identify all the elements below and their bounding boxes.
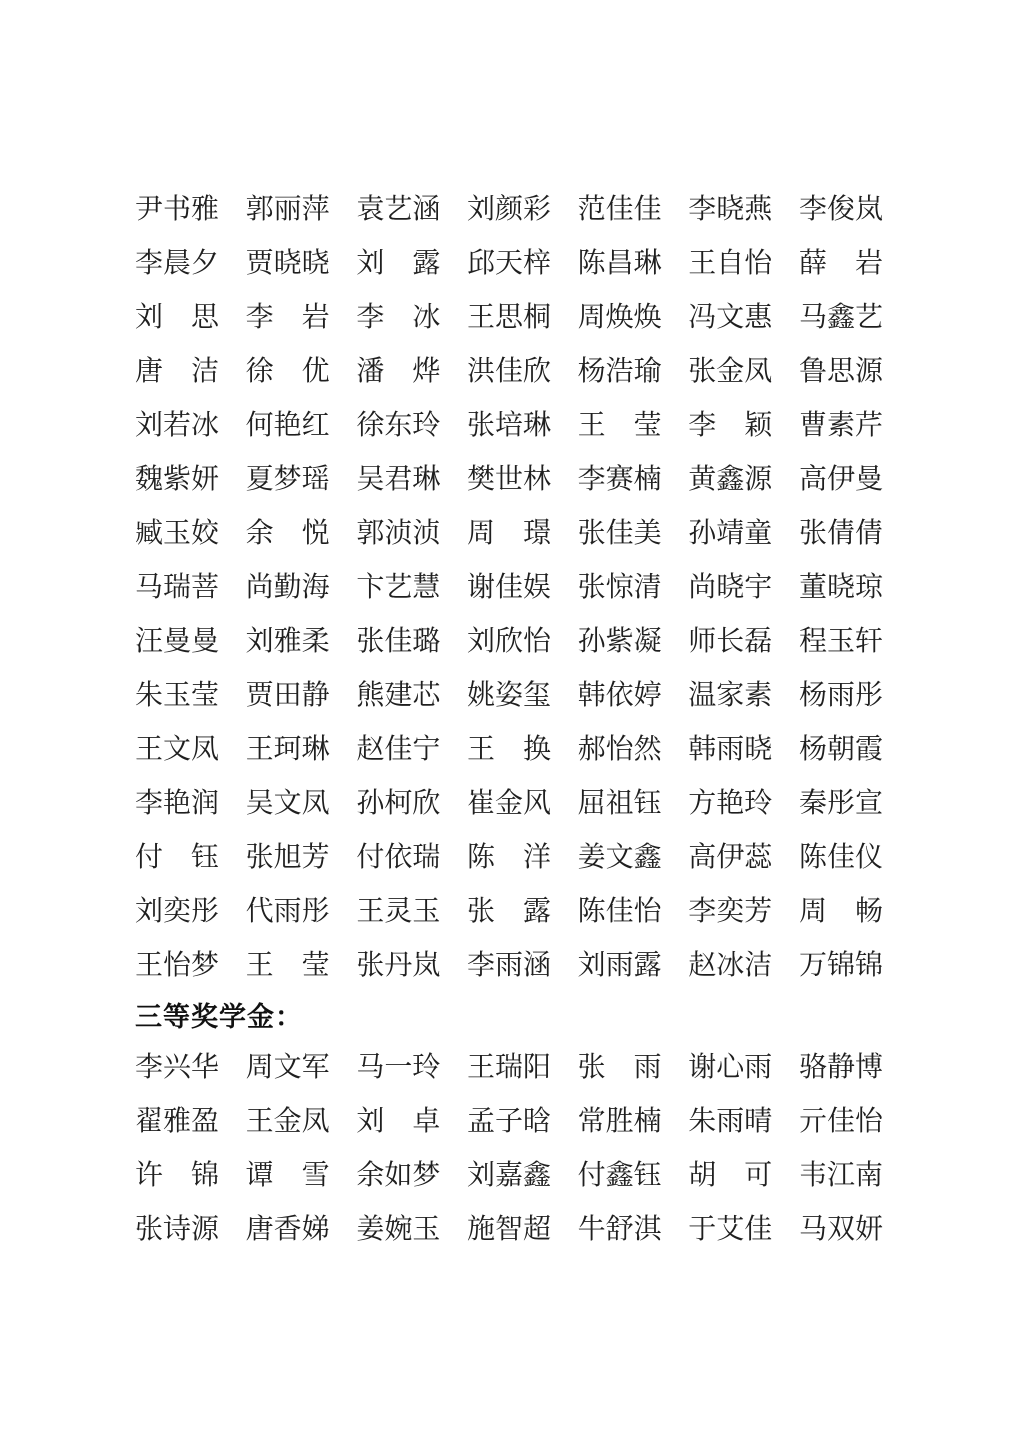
student-name: 郭丽萍 — [246, 183, 330, 237]
student-name: 秦彤宣 — [799, 777, 883, 831]
student-name: 杨朝霞 — [799, 723, 883, 777]
student-name: 尚勤海 — [246, 561, 330, 615]
student-name: 黄鑫源 — [688, 453, 772, 507]
student-name: 袁艺涵 — [356, 183, 440, 237]
student-name: 姜文鑫 — [578, 831, 662, 885]
student-name: 李晨夕 — [135, 237, 219, 291]
student-name: 张佳美 — [578, 507, 662, 561]
student-name: 王珂琳 — [246, 723, 330, 777]
student-name: 陈昌琳 — [578, 237, 662, 291]
student-name: 周焕焕 — [578, 291, 662, 345]
student-name: 张诗源 — [135, 1203, 219, 1257]
student-name: 王文凤 — [135, 723, 219, 777]
student-name: 李 颖 — [688, 399, 772, 453]
student-name: 张倩倩 — [799, 507, 883, 561]
student-name: 常胜楠 — [578, 1095, 662, 1149]
student-name: 李 冰 — [356, 291, 440, 345]
student-name: 王 莹 — [578, 399, 662, 453]
student-name: 李赛楠 — [578, 453, 662, 507]
name-row: 李兴华周文军马一玲王瑞阳张 雨谢心雨骆静博 — [135, 1041, 883, 1095]
student-name: 余 悦 — [246, 507, 330, 561]
scholarship-name-list-top: 尹书雅郭丽萍袁艺涵刘颜彩范佳佳李晓燕李俊岚李晨夕贾晓晓刘 露邱天梓陈昌琳王自怡薛… — [135, 183, 883, 993]
name-row: 付 钰张旭芳付依瑞陈 洋姜文鑫高伊蕊陈佳仪 — [135, 831, 883, 885]
name-row: 翟雅盈王金凤刘 卓孟子晗常胜楠朱雨晴亓佳怡 — [135, 1095, 883, 1149]
student-name: 马双妍 — [799, 1203, 883, 1257]
student-name: 张 露 — [467, 885, 551, 939]
student-name: 孟子晗 — [467, 1095, 551, 1149]
student-name: 李雨涵 — [467, 939, 551, 993]
student-name: 徐 优 — [246, 345, 330, 399]
student-name: 刘雅柔 — [246, 615, 330, 669]
student-name: 张 雨 — [578, 1041, 662, 1095]
student-name: 谭 雪 — [246, 1149, 330, 1203]
student-name: 尚晓宇 — [688, 561, 772, 615]
student-name: 于艾佳 — [688, 1203, 772, 1257]
section-heading-third-class-scholarship: 三等奖学金： — [135, 993, 883, 1041]
student-name: 董晓琼 — [799, 561, 883, 615]
student-name: 姚姿玺 — [467, 669, 551, 723]
student-name: 邱天梓 — [467, 237, 551, 291]
student-name: 高伊蕊 — [688, 831, 772, 885]
student-name: 余如梦 — [356, 1149, 440, 1203]
name-row: 唐 洁徐 优潘 烨洪佳欣杨浩瑜张金凤鲁思源 — [135, 345, 883, 399]
student-name: 卞艺慧 — [356, 561, 440, 615]
name-row: 刘 思李 岩李 冰王思桐周焕焕冯文惠马鑫艺 — [135, 291, 883, 345]
student-name: 李兴华 — [135, 1041, 219, 1095]
name-row: 汪曼曼刘雅柔张佳璐刘欣怡孙紫凝师长磊程玉轩 — [135, 615, 883, 669]
student-name: 郝怡然 — [578, 723, 662, 777]
student-name: 樊世林 — [467, 453, 551, 507]
scholarship-name-list-third-class: 李兴华周文军马一玲王瑞阳张 雨谢心雨骆静博翟雅盈王金凤刘 卓孟子晗常胜楠朱雨晴亓… — [135, 1041, 883, 1257]
student-name: 周 畅 — [799, 885, 883, 939]
student-name: 付 钰 — [135, 831, 219, 885]
student-name: 孙紫凝 — [578, 615, 662, 669]
student-name: 崔金风 — [467, 777, 551, 831]
student-name: 洪佳欣 — [467, 345, 551, 399]
student-name: 温家素 — [688, 669, 772, 723]
name-row: 张诗源唐香娣姜婉玉施智超牛舒淇于艾佳马双妍 — [135, 1203, 883, 1257]
student-name: 马一玲 — [356, 1041, 440, 1095]
document-page: 尹书雅郭丽萍袁艺涵刘颜彩范佳佳李晓燕李俊岚李晨夕贾晓晓刘 露邱天梓陈昌琳王自怡薛… — [135, 183, 883, 1257]
student-name: 程玉轩 — [799, 615, 883, 669]
student-name: 施智超 — [467, 1203, 551, 1257]
student-name: 孙柯欣 — [356, 777, 440, 831]
name-row: 尹书雅郭丽萍袁艺涵刘颜彩范佳佳李晓燕李俊岚 — [135, 183, 883, 237]
student-name: 杨浩瑜 — [578, 345, 662, 399]
student-name: 胡 可 — [688, 1149, 772, 1203]
student-name: 刘 卓 — [356, 1095, 440, 1149]
name-row: 刘若冰何艳红徐东玲张培琳王 莹李 颖曹素芹 — [135, 399, 883, 453]
student-name: 夏梦瑶 — [246, 453, 330, 507]
student-name: 周 璟 — [467, 507, 551, 561]
student-name: 贾晓晓 — [246, 237, 330, 291]
name-row: 许 锦谭 雪余如梦刘嘉鑫付鑫钰胡 可韦江南 — [135, 1149, 883, 1203]
student-name: 师长磊 — [688, 615, 772, 669]
student-name: 刘雨露 — [578, 939, 662, 993]
student-name: 翟雅盈 — [135, 1095, 219, 1149]
student-name: 范佳佳 — [578, 183, 662, 237]
student-name: 刘奕彤 — [135, 885, 219, 939]
student-name: 尹书雅 — [135, 183, 219, 237]
name-row: 王怡梦王 莹张丹岚李雨涵刘雨露赵冰洁万锦锦 — [135, 939, 883, 993]
student-name: 韦江南 — [799, 1149, 883, 1203]
student-name: 许 锦 — [135, 1149, 219, 1203]
student-name: 韩雨晓 — [688, 723, 772, 777]
student-name: 方艳玲 — [688, 777, 772, 831]
name-row: 刘奕彤代雨彤王灵玉张 露陈佳怡李奕芳周 畅 — [135, 885, 883, 939]
student-name: 陈 洋 — [467, 831, 551, 885]
student-name: 朱雨晴 — [688, 1095, 772, 1149]
student-name: 李奕芳 — [688, 885, 772, 939]
student-name: 张旭芳 — [246, 831, 330, 885]
student-name: 朱玉莹 — [135, 669, 219, 723]
student-name: 骆静博 — [799, 1041, 883, 1095]
student-name: 吴君琳 — [356, 453, 440, 507]
student-name: 吴文凤 — [246, 777, 330, 831]
student-name: 曹素芹 — [799, 399, 883, 453]
student-name: 刘 思 — [135, 291, 219, 345]
student-name: 李 岩 — [246, 291, 330, 345]
student-name: 魏紫妍 — [135, 453, 219, 507]
student-name: 汪曼曼 — [135, 615, 219, 669]
student-name: 赵佳宁 — [356, 723, 440, 777]
student-name: 马鑫艺 — [799, 291, 883, 345]
student-name: 潘 烨 — [356, 345, 440, 399]
name-row: 李晨夕贾晓晓刘 露邱天梓陈昌琳王自怡薛 岩 — [135, 237, 883, 291]
student-name: 贾田静 — [246, 669, 330, 723]
student-name: 王 莹 — [246, 939, 330, 993]
student-name: 马瑞菩 — [135, 561, 219, 615]
student-name: 代雨彤 — [246, 885, 330, 939]
student-name: 刘颜彩 — [467, 183, 551, 237]
student-name: 唐香娣 — [246, 1203, 330, 1257]
student-name: 孙靖童 — [688, 507, 772, 561]
student-name: 亓佳怡 — [799, 1095, 883, 1149]
student-name: 谢佳娱 — [467, 561, 551, 615]
student-name: 陈佳仪 — [799, 831, 883, 885]
student-name: 王瑞阳 — [467, 1041, 551, 1095]
student-name: 屈祖钰 — [578, 777, 662, 831]
student-name: 赵冰洁 — [688, 939, 772, 993]
student-name: 张金凤 — [688, 345, 772, 399]
student-name: 王金凤 — [246, 1095, 330, 1149]
student-name: 李俊岚 — [799, 183, 883, 237]
student-name: 高伊曼 — [799, 453, 883, 507]
name-row: 朱玉莹贾田静熊建芯姚姿玺韩依婷温家素杨雨彤 — [135, 669, 883, 723]
student-name: 张惊清 — [578, 561, 662, 615]
student-name: 牛舒淇 — [578, 1203, 662, 1257]
student-name: 徐东玲 — [356, 399, 440, 453]
student-name: 鲁思源 — [799, 345, 883, 399]
student-name: 李晓燕 — [688, 183, 772, 237]
student-name: 唐 洁 — [135, 345, 219, 399]
student-name: 万锦锦 — [799, 939, 883, 993]
student-name: 薛 岩 — [799, 237, 883, 291]
student-name: 张丹岚 — [356, 939, 440, 993]
student-name: 刘 露 — [356, 237, 440, 291]
name-row: 魏紫妍夏梦瑶吴君琳樊世林李赛楠黄鑫源高伊曼 — [135, 453, 883, 507]
student-name: 杨雨彤 — [799, 669, 883, 723]
student-name: 付鑫钰 — [578, 1149, 662, 1203]
student-name: 周文军 — [246, 1041, 330, 1095]
student-name: 王自怡 — [688, 237, 772, 291]
student-name: 姜婉玉 — [356, 1203, 440, 1257]
student-name: 刘嘉鑫 — [467, 1149, 551, 1203]
student-name: 韩依婷 — [578, 669, 662, 723]
student-name: 张佳璐 — [356, 615, 440, 669]
student-name: 臧玉姣 — [135, 507, 219, 561]
name-row: 臧玉姣余 悦郭浈浈周 璟张佳美孙靖童张倩倩 — [135, 507, 883, 561]
student-name: 何艳红 — [246, 399, 330, 453]
student-name: 王怡梦 — [135, 939, 219, 993]
student-name: 刘若冰 — [135, 399, 219, 453]
name-row: 王文凤王珂琳赵佳宁王 换郝怡然韩雨晓杨朝霞 — [135, 723, 883, 777]
student-name: 冯文惠 — [688, 291, 772, 345]
student-name: 张培琳 — [467, 399, 551, 453]
student-name: 谢心雨 — [688, 1041, 772, 1095]
student-name: 王 换 — [467, 723, 551, 777]
student-name: 刘欣怡 — [467, 615, 551, 669]
student-name: 王思桐 — [467, 291, 551, 345]
student-name: 王灵玉 — [356, 885, 440, 939]
student-name: 付依瑞 — [356, 831, 440, 885]
student-name: 熊建芯 — [356, 669, 440, 723]
student-name: 李艳润 — [135, 777, 219, 831]
student-name: 郭浈浈 — [356, 507, 440, 561]
student-name: 陈佳怡 — [578, 885, 662, 939]
name-row: 李艳润吴文凤孙柯欣崔金风屈祖钰方艳玲秦彤宣 — [135, 777, 883, 831]
name-row: 马瑞菩尚勤海卞艺慧谢佳娱张惊清尚晓宇董晓琼 — [135, 561, 883, 615]
